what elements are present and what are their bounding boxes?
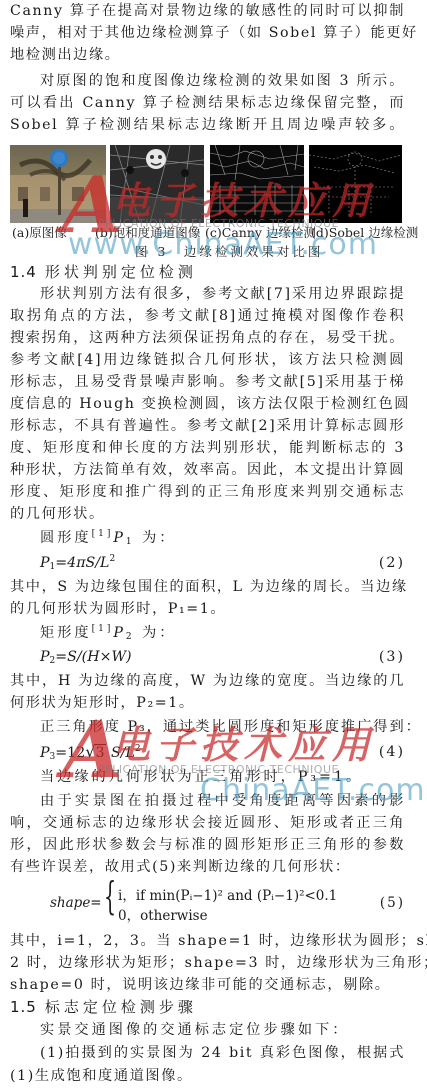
circularity-intro: 圆形度[1]P1 为： xyxy=(40,527,405,549)
watermark-cn-logo: 电子技术应用 xyxy=(112,714,376,769)
text-line: 的几何形状。 xyxy=(10,503,405,525)
text-line: 参考文献[4]用边缘链拟合几何形状，该方法只检测圆 xyxy=(10,349,405,371)
text-line: 形标志，不具有普遍性。参考文献[2]采用计算标志圆形 xyxy=(10,415,405,437)
text-line: 度、矩形度和伸长度的方法判别形状，能判断标志的 3 xyxy=(10,437,405,459)
text-line: (1)生成饱和度通道图像。 xyxy=(10,1065,405,1087)
section-number: 1.4 xyxy=(10,263,37,281)
text-line: 有些许误差，故用式(5)来判断边缘的几何形状： xyxy=(10,856,405,878)
text-line: Canny 算子在提高对景物边缘的敏感性的同时可以抑制 xyxy=(10,0,405,22)
text-line: 搜索拐角，这两种方法须保证拐角点的存在，易受干扰。 xyxy=(10,327,405,349)
text-line: 可以看出 Canny 算子检测结果标志边缘保留完整，而 xyxy=(10,92,405,114)
watermark-url: ChinaAET.com xyxy=(200,773,426,808)
text-line: Sobel 算子检测结果标志边缘断开且周边噪声较多。 xyxy=(10,114,405,136)
text-line: 的几何形状为圆形时，P₁=1。 xyxy=(10,598,405,620)
equation-number: (4) xyxy=(379,741,405,763)
watermark-url: www.ChinaAET.com xyxy=(68,227,378,262)
text-line: 形状判别方法有很多，参考文献[7]采用边界跟踪提 xyxy=(40,283,405,305)
text-line: 其中，i=1，2，3。当 shape=1 时，边缘形状为圆形；shape= xyxy=(10,930,405,952)
text-line: 2 时，边缘形状为矩形；shape=3 时，边缘形状为三角形； xyxy=(10,952,405,974)
text-line: 取拐角点的方法，参考文献[8]通过掩模对图像作卷积 xyxy=(10,305,405,327)
equation-5: shape= { i，if min(Pᵢ−1)² and (Pᵢ−1)²<0.1… xyxy=(40,884,405,924)
text-line: 形标志，且易受背景噪声影响。参考文献[5]采用基于梯 xyxy=(10,371,405,393)
text-line: 实景交通图像的交通标志定位步骤如下： xyxy=(40,1019,405,1041)
equation-number: (2) xyxy=(379,552,405,574)
text-line: 其中，S 为边缘包围住的面积，L 为边缘的周长。当边缘 xyxy=(10,576,405,598)
text-line: 形度、矩形度和推广得到的正三角形度来判别交通标志 xyxy=(10,481,405,503)
text-line: 度信息的 Hough 变换检测圆，该方法仅限于检测红色圆 xyxy=(10,393,405,415)
section-heading-1-4: 1.4形状判别定位检测 xyxy=(10,261,197,283)
text-line: 响，交通标志的边缘形状会接近圆形、矩形或者正三角 xyxy=(10,812,405,834)
text-line: 对原图的饱和度图像边缘检测的效果如图 3 所示。 xyxy=(40,70,405,92)
text-line: shape=0 时，说明该边缘非可能的交通标志，剔除。 xyxy=(10,974,405,996)
text-line: 噪声，相对于其他边缘检测算子（如 Sobel 算子）能更好 xyxy=(10,22,405,44)
section-title: 形状判别定位检测 xyxy=(45,263,197,281)
section-heading-1-5: 1.5标志定位检测步骤 xyxy=(10,996,197,1018)
rectangularity-intro: 矩形度[1]P2 为： xyxy=(40,622,405,644)
equation-number: (3) xyxy=(379,646,405,668)
text-line: 其中，H 为边缘的高度，W 为边缘的宽度。当边缘的几 xyxy=(10,670,405,692)
figure-caption-a: (a)原图像 xyxy=(12,224,67,242)
text-line: 种形状，方法简单有效，效率高。因此，本文提出计算圆 xyxy=(10,459,405,481)
equation-3: P2=S/(H×W) (3) xyxy=(40,646,405,668)
section-title: 标志定位检测步骤 xyxy=(45,998,197,1016)
equation-2: P1=4πS/L2 (2) xyxy=(40,552,405,574)
text-line: 形，因此形状参数会与标准的圆形矩形正三角形的参数 xyxy=(10,834,405,856)
text-line: (1)拍摄到的实景图为 24 bit 真彩色图像，根据式 xyxy=(40,1042,405,1064)
section-number: 1.5 xyxy=(10,998,37,1016)
text-line: 地检测出边缘。 xyxy=(10,44,405,66)
equation-number: (5) xyxy=(380,895,405,911)
